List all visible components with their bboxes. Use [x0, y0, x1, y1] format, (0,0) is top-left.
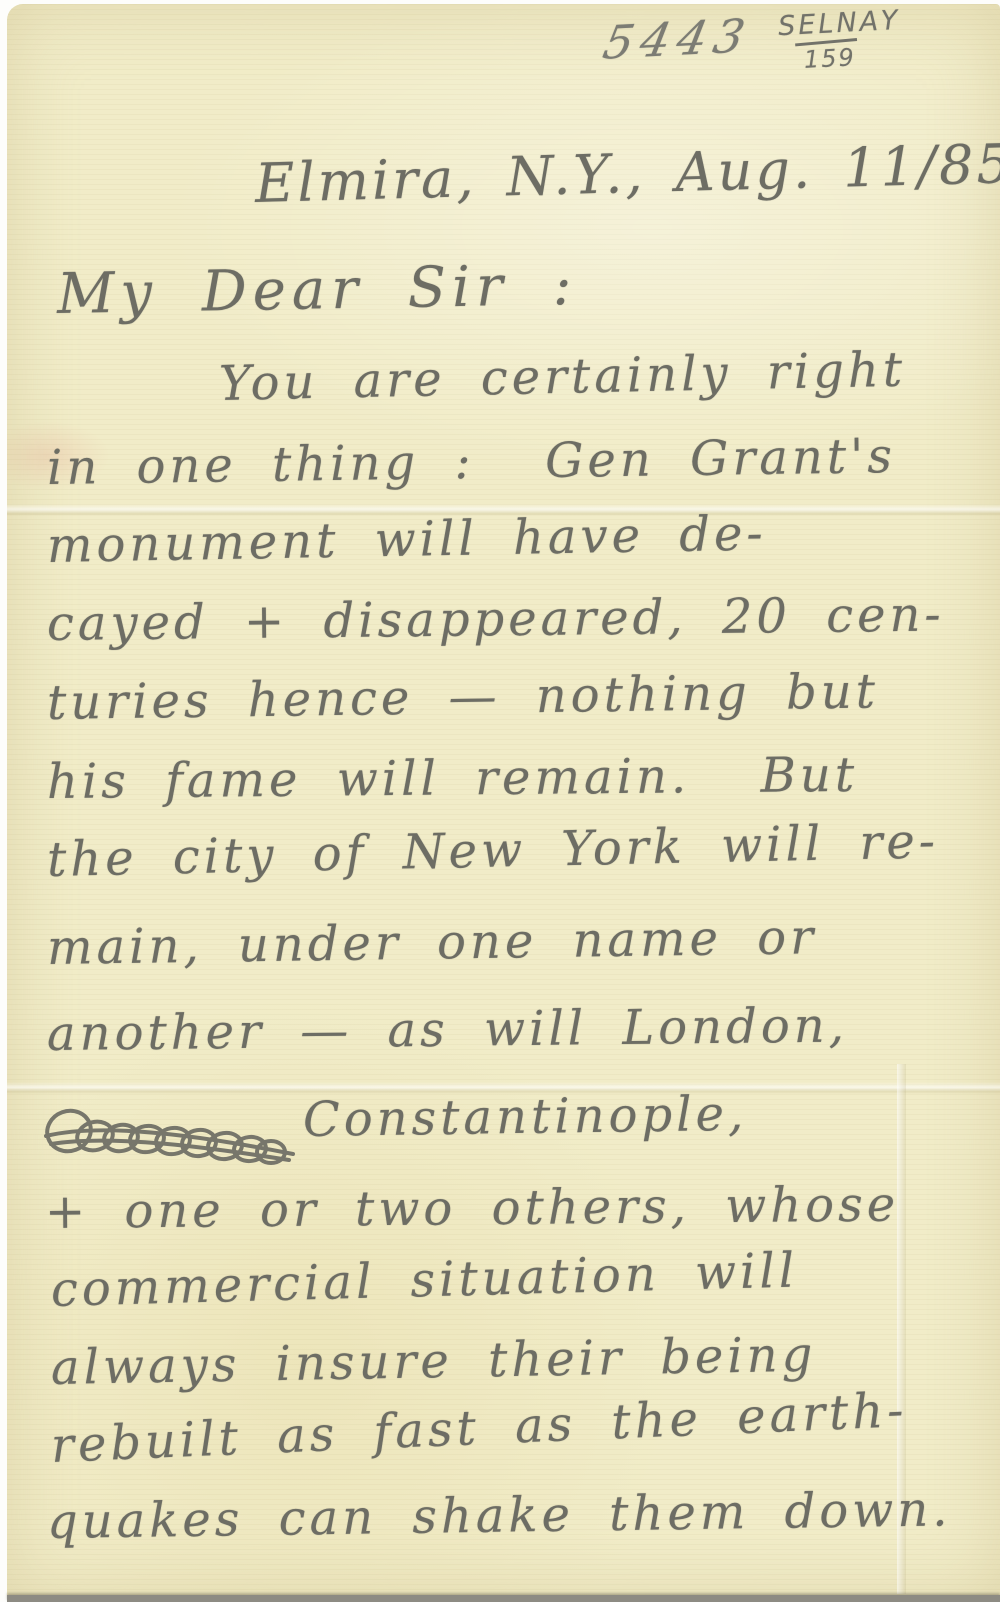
paper-bottom-edge	[7, 1595, 1000, 1602]
body-line: + one or two others, whose	[45, 1177, 900, 1240]
body-line: cayed + disappeared, 20 cen-	[47, 587, 945, 652]
catalog-code: SELNAY 159	[777, 5, 903, 75]
body-line: his fame will remain. But	[47, 747, 859, 810]
scribbled-out-word	[43, 1096, 301, 1166]
body-line: the city of New York will re-	[46, 813, 939, 888]
body-line: in one thing : Gen Grant's	[47, 428, 897, 496]
body-line: turies hence — nothing but	[47, 663, 880, 731]
photo-background: 5443 SELNAY 159 Elmira, N.Y., Aug. 11/85…	[0, 0, 1000, 1602]
dateline: Elmira, N.Y., Aug. 11/85.	[254, 132, 1000, 215]
body-line: rebuilt as fast as the earth-	[50, 1382, 909, 1474]
catalog-code-top: SELNAY	[777, 5, 901, 42]
body-line: another — as will London,	[47, 998, 848, 1062]
body-line: You are certainly right	[218, 342, 906, 412]
body-line: quakes can shake them down.	[47, 1481, 952, 1550]
body-line: main, under one name or	[47, 909, 818, 976]
salutation: My Dear Sir :	[56, 253, 578, 327]
catalog-number: 5443	[599, 8, 756, 70]
catalog-code-bottom: 159	[803, 41, 903, 74]
body-line: always insure their being	[51, 1327, 817, 1396]
body-line: Constantinople,	[303, 1086, 748, 1148]
body-line: commercial situation will	[50, 1242, 798, 1318]
letter-paper: 5443 SELNAY 159 Elmira, N.Y., Aug. 11/85…	[7, 4, 1000, 1602]
body-line: monument will have de-	[47, 505, 768, 574]
